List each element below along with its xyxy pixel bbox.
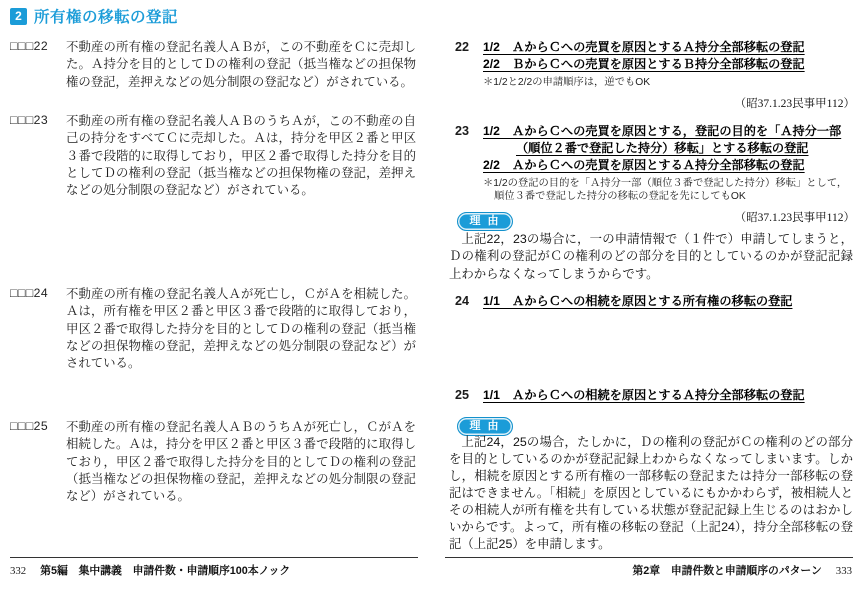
answer-number: 22 — [455, 39, 483, 111]
footer-rule — [10, 557, 418, 558]
answer-note: ＊1/2と2/2の申請順序は，逆でもOK — [483, 76, 855, 89]
answer-line: 2/2 ＢからＣへの売買を原因とするＢ持分全部移転の登記 — [483, 56, 855, 73]
question-item-25: □□□25 不動産の所有権の登記名義人ＡＢのうちＡが死亡し，ＣがＡを相続した。Ａ… — [10, 419, 420, 505]
citation: （昭37.1.23民事甲112） — [483, 209, 855, 225]
footer-book-title: 第5編 集中講義 申請件数・申請順序100本ノック — [40, 565, 290, 577]
answer-line: 1/2 ＡからＣへの売買を原因とする，登記の目的を「Ａ持分一部（順位２番で登記し… — [483, 123, 855, 157]
reason-badge: 理 由 — [457, 212, 513, 231]
answer-line: 2/2 ＡからＣへの売買を原因とするＡ持分全部移転の登記 — [483, 157, 855, 174]
question-item-22: □□□22 不動産の所有権の登記名義人ＡＢが，この不動産をＣに売却した。Ａ持分を… — [10, 39, 420, 91]
book-spread: { "colors": { "accent_teal": "#1b9cd8" }… — [0, 0, 862, 590]
question-checkbox-label: □□□22 — [10, 39, 64, 91]
section-header: 2 所有権の移転の登記 — [10, 5, 178, 27]
question-text: 不動産の所有権の登記名義人Ａが死亡し，ＣがＡを相続した。Ａは，所有権を甲区２番と… — [66, 286, 416, 372]
reason-text: 上記22，23の場合に，一の申請情報で（１件で）申請してしまうと，Ｄの権利の登記… — [449, 231, 853, 283]
page-footer-left: 332第5編 集中講義 申請件数・申請順序100本ノック — [10, 563, 290, 578]
page-number: 332 — [10, 565, 26, 577]
question-text: 不動産の所有権の登記名義人ＡＢのうちＡが，この不動産の自己の持分をすべてＣに売却… — [66, 113, 416, 199]
answer-block-23: 23 1/2 ＡからＣへの売買を原因とする，登記の目的を「Ａ持分一部（順位２番で… — [455, 123, 855, 225]
question-checkbox-label: □□□23 — [10, 113, 64, 199]
answer-block-24: 24 1/1 ＡからＣへの相続を原因とする所有権の移転の登記 — [455, 293, 855, 310]
question-text: 不動産の所有権の登記名義人ＡＢのうちＡが死亡し，ＣがＡを相続した。Ａは，持分を甲… — [66, 419, 416, 505]
answer-number: 25 — [455, 387, 483, 404]
answer-line: 1/1 ＡからＣへの相続を原因とするＡ持分全部移転の登記 — [483, 387, 855, 404]
page-right: 22 1/2 ＡからＣへの売買を原因とするＡ持分全部移転の登記 2/2 ＢからＣ… — [431, 0, 862, 590]
citation: （昭37.1.23民事甲112） — [483, 95, 855, 111]
question-item-24: □□□24 不動産の所有権の登記名義人Ａが死亡し，ＣがＡを相続した。Ａは，所有権… — [10, 286, 420, 372]
footer-rule — [445, 557, 853, 558]
section-title: 所有権の移転の登記 — [34, 5, 178, 27]
question-checkbox-label: □□□25 — [10, 419, 64, 505]
footer-chapter-title: 第2章 申請件数と申請順序のパターン — [632, 565, 821, 577]
answer-number: 23 — [455, 123, 483, 225]
page-footer-right: 第2章 申請件数と申請順序のパターン333 — [632, 563, 852, 578]
question-text: 不動産の所有権の登記名義人ＡＢが，この不動産をＣに売却した。Ａ持分を目的としてＤ… — [66, 39, 416, 91]
page-number: 333 — [836, 565, 852, 577]
question-checkbox-label: □□□24 — [10, 286, 64, 372]
section-number-badge: 2 — [10, 8, 27, 25]
reason-text: 上記24，25の場合，たしかに，Ｄの権利の登記がＣの権利のどの部分を目的としてい… — [449, 434, 853, 553]
answer-block-25: 25 1/1 ＡからＣへの相続を原因とするＡ持分全部移転の登記 — [455, 387, 855, 404]
answer-number: 24 — [455, 293, 483, 310]
answer-block-22: 22 1/2 ＡからＣへの売買を原因とするＡ持分全部移転の登記 2/2 ＢからＣ… — [455, 39, 855, 111]
page-left: 2 所有権の移転の登記 □□□22 不動産の所有権の登記名義人ＡＢが，この不動産… — [0, 0, 431, 590]
answer-line: 1/1 ＡからＣへの相続を原因とする所有権の移転の登記 — [483, 293, 855, 310]
question-item-23: □□□23 不動産の所有権の登記名義人ＡＢのうちＡが，この不動産の自己の持分をす… — [10, 113, 420, 199]
answer-note: ＊1/2の登記の目的を「Ａ持分一部（順位３番で登記した持分）移転」として，順位３… — [483, 177, 855, 203]
answer-line: 1/2 ＡからＣへの売買を原因とするＡ持分全部移転の登記 — [483, 39, 855, 56]
